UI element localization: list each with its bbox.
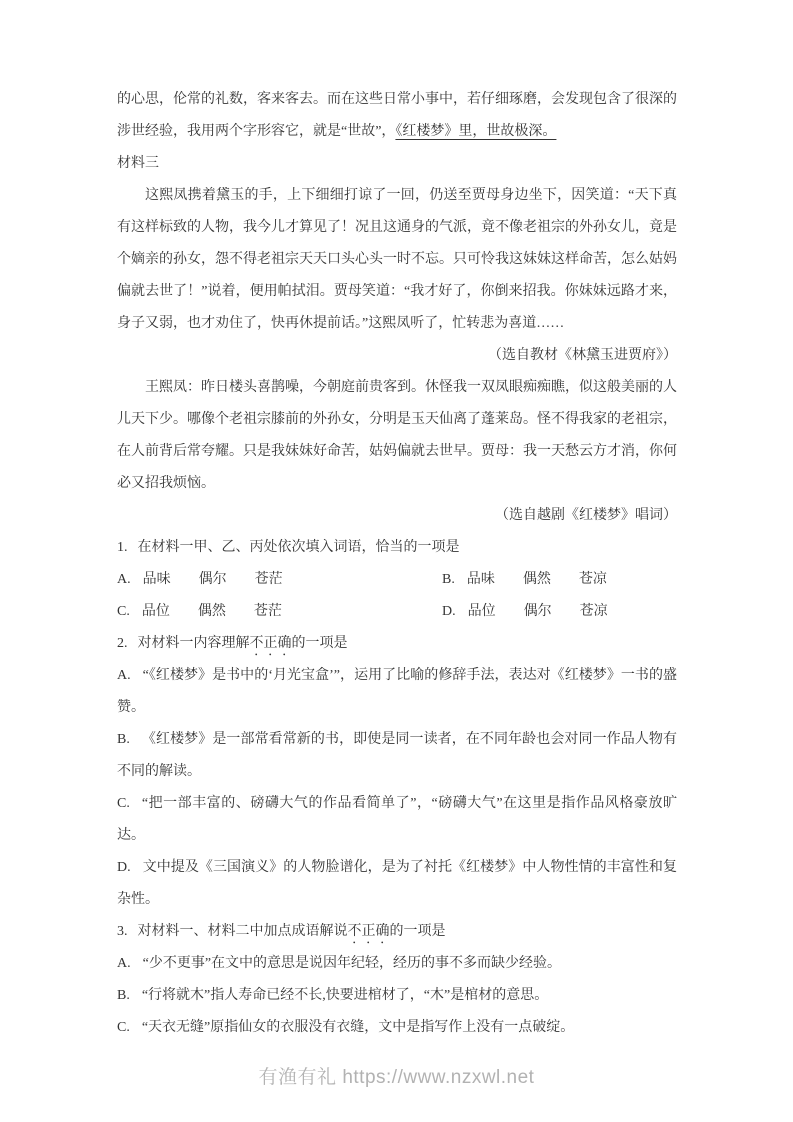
question-2-option-a: A.“《红楼梦》是书中的‘月光宝盒’”，运用了比喻的修辞手法，表达对《红楼梦》一…	[117, 660, 677, 724]
option-a-text: 品味 偶尔 苍茫	[143, 572, 283, 587]
option-d-label: D.	[442, 604, 456, 619]
option-a-text: “少不更事”在文中的意思是说因年纪轻，经历的事不多而缺少经验。	[143, 956, 561, 971]
watermark-footer: 有渔有礼 https://www.nzxwl.net	[0, 1062, 793, 1089]
watermark-text: 有渔有礼 https://www.nzxwl.net	[259, 1067, 535, 1088]
source-citation-textbook: （选自教材《林黛玉进贾府》）	[117, 340, 677, 372]
question-2-option-c: C.“把一部丰富的、磅礴大气的作品看简单了”，“磅礴大气”在这里是指作品风格豪放…	[117, 788, 677, 852]
question-1-stem-text: 在材料一甲、乙、丙处依次填入词语，恰当的一项是	[138, 540, 460, 555]
question-1-option-c: C.品位 偶然 苍茫	[117, 596, 442, 628]
question-1-options: A.品味 偶尔 苍茫 B.品味 偶然 苍凉 C.品位 偶然 苍茫 D.品位 偶尔…	[117, 564, 677, 628]
option-b-label: B.	[442, 572, 455, 587]
material-three-heading: 材料三	[117, 148, 677, 180]
question-3-option-a: A.“少不更事”在文中的意思是说因年纪轻，经历的事不多而缺少经验。	[117, 948, 677, 980]
question-2-stem: 2.对材料一内容理解不正确的一项是	[117, 628, 677, 660]
question-3-stem-emphasis: 不正确	[348, 924, 390, 939]
continuation-paragraph: 的心思，伦常的礼数，客来客去。而在这些日常小事中，若仔细琢磨，会发现包含了很深的…	[117, 84, 677, 148]
question-1-number: 1.	[117, 540, 128, 555]
option-a-text: “《红楼梦》是书中的‘月光宝盒’”，运用了比喻的修辞手法，表达对《红楼梦》一书的…	[117, 668, 677, 715]
option-c-label: C.	[117, 604, 130, 619]
question-1-option-b: B.品味 偶然 苍凉	[442, 564, 677, 596]
opera-excerpt-paragraph: 王熙凤：昨日楼头喜鹊噪，今朝庭前贵客到。休怪我一双凤眼痴痴瞧，似这般美丽的人儿天…	[117, 372, 677, 500]
exam-page-content: 的心思，伦常的礼数，客来客去。而在这些日常小事中，若仔细琢磨，会发现包含了很深的…	[117, 84, 677, 1044]
question-3-option-b: B.“行将就木”指人寿命已经不长,快要进棺材了，“木”是棺材的意思。	[117, 980, 677, 1012]
option-b-text: “行将就木”指人寿命已经不长,快要进棺材了，“木”是棺材的意思。	[142, 988, 548, 1003]
question-2-option-d: D.文中提及《三国演义》的人物脸谱化，是为了衬托《红楼梦》中人物性情的丰富性和复…	[117, 852, 677, 916]
option-a-label: A.	[117, 956, 131, 971]
question-3-option-c: C.“天衣无缝”原指仙女的衣服没有衣缝，文中是指写作上没有一点破绽。	[117, 1012, 677, 1044]
option-b-label: B.	[117, 732, 130, 747]
option-b-label: B.	[117, 988, 130, 1003]
underlined-phrase: 《红楼梦》里，世故极深。	[395, 124, 556, 139]
question-3-stem-suffix: 的一项是	[390, 924, 446, 939]
question-2-stem-prefix: 对材料一内容理解	[138, 636, 250, 651]
question-2-number: 2.	[117, 636, 128, 651]
source-citation-opera: （选自越剧《红楼梦》唱词）	[117, 500, 677, 532]
question-1-option-a: A.品味 偶尔 苍茫	[117, 564, 442, 596]
question-3-number: 3.	[117, 924, 128, 939]
option-d-text: 品位 偶尔 苍凉	[468, 604, 608, 619]
option-b-text: 《红楼梦》是一部常看常新的书，即使是同一读者，在不同年龄也会对同一作品人物有不同…	[117, 732, 677, 779]
option-d-text: 文中提及《三国演义》的人物脸谱化，是为了衬托《红楼梦》中人物性情的丰富性和复杂性…	[117, 860, 677, 907]
option-a-label: A.	[117, 668, 131, 683]
question-2-option-b: B.《红楼梦》是一部常看常新的书，即使是同一读者，在不同年龄也会对同一作品人物有…	[117, 724, 677, 788]
option-c-text: “天衣无缝”原指仙女的衣服没有衣缝，文中是指写作上没有一点破绽。	[142, 1020, 574, 1035]
option-c-label: C.	[117, 796, 130, 811]
option-a-label: A.	[117, 572, 131, 587]
question-2-stem-emphasis: 不正确	[250, 636, 292, 651]
material-three-paragraph: 这熙凤携着黛玉的手，上下细细打谅了一回，仍送至贾母身边坐下，因笑道：“天下真有这…	[117, 180, 677, 340]
question-2-stem-suffix: 的一项是	[292, 636, 348, 651]
option-c-label: C.	[117, 1020, 130, 1035]
question-1-option-d: D.品位 偶尔 苍凉	[442, 596, 677, 628]
question-3-stem-prefix: 对材料一、材料二中加点成语解说	[138, 924, 348, 939]
option-d-label: D.	[117, 860, 131, 875]
question-1-stem: 1.在材料一甲、乙、丙处依次填入词语，恰当的一项是	[117, 532, 677, 564]
option-c-text: 品位 偶然 苍茫	[142, 604, 282, 619]
option-c-text: “把一部丰富的、磅礴大气的作品看简单了”，“磅礴大气”在这里是指作品风格豪放旷达…	[117, 796, 677, 843]
option-b-text: 品味 偶然 苍凉	[467, 572, 607, 587]
question-3-stem: 3.对材料一、材料二中加点成语解说不正确的一项是	[117, 916, 677, 948]
